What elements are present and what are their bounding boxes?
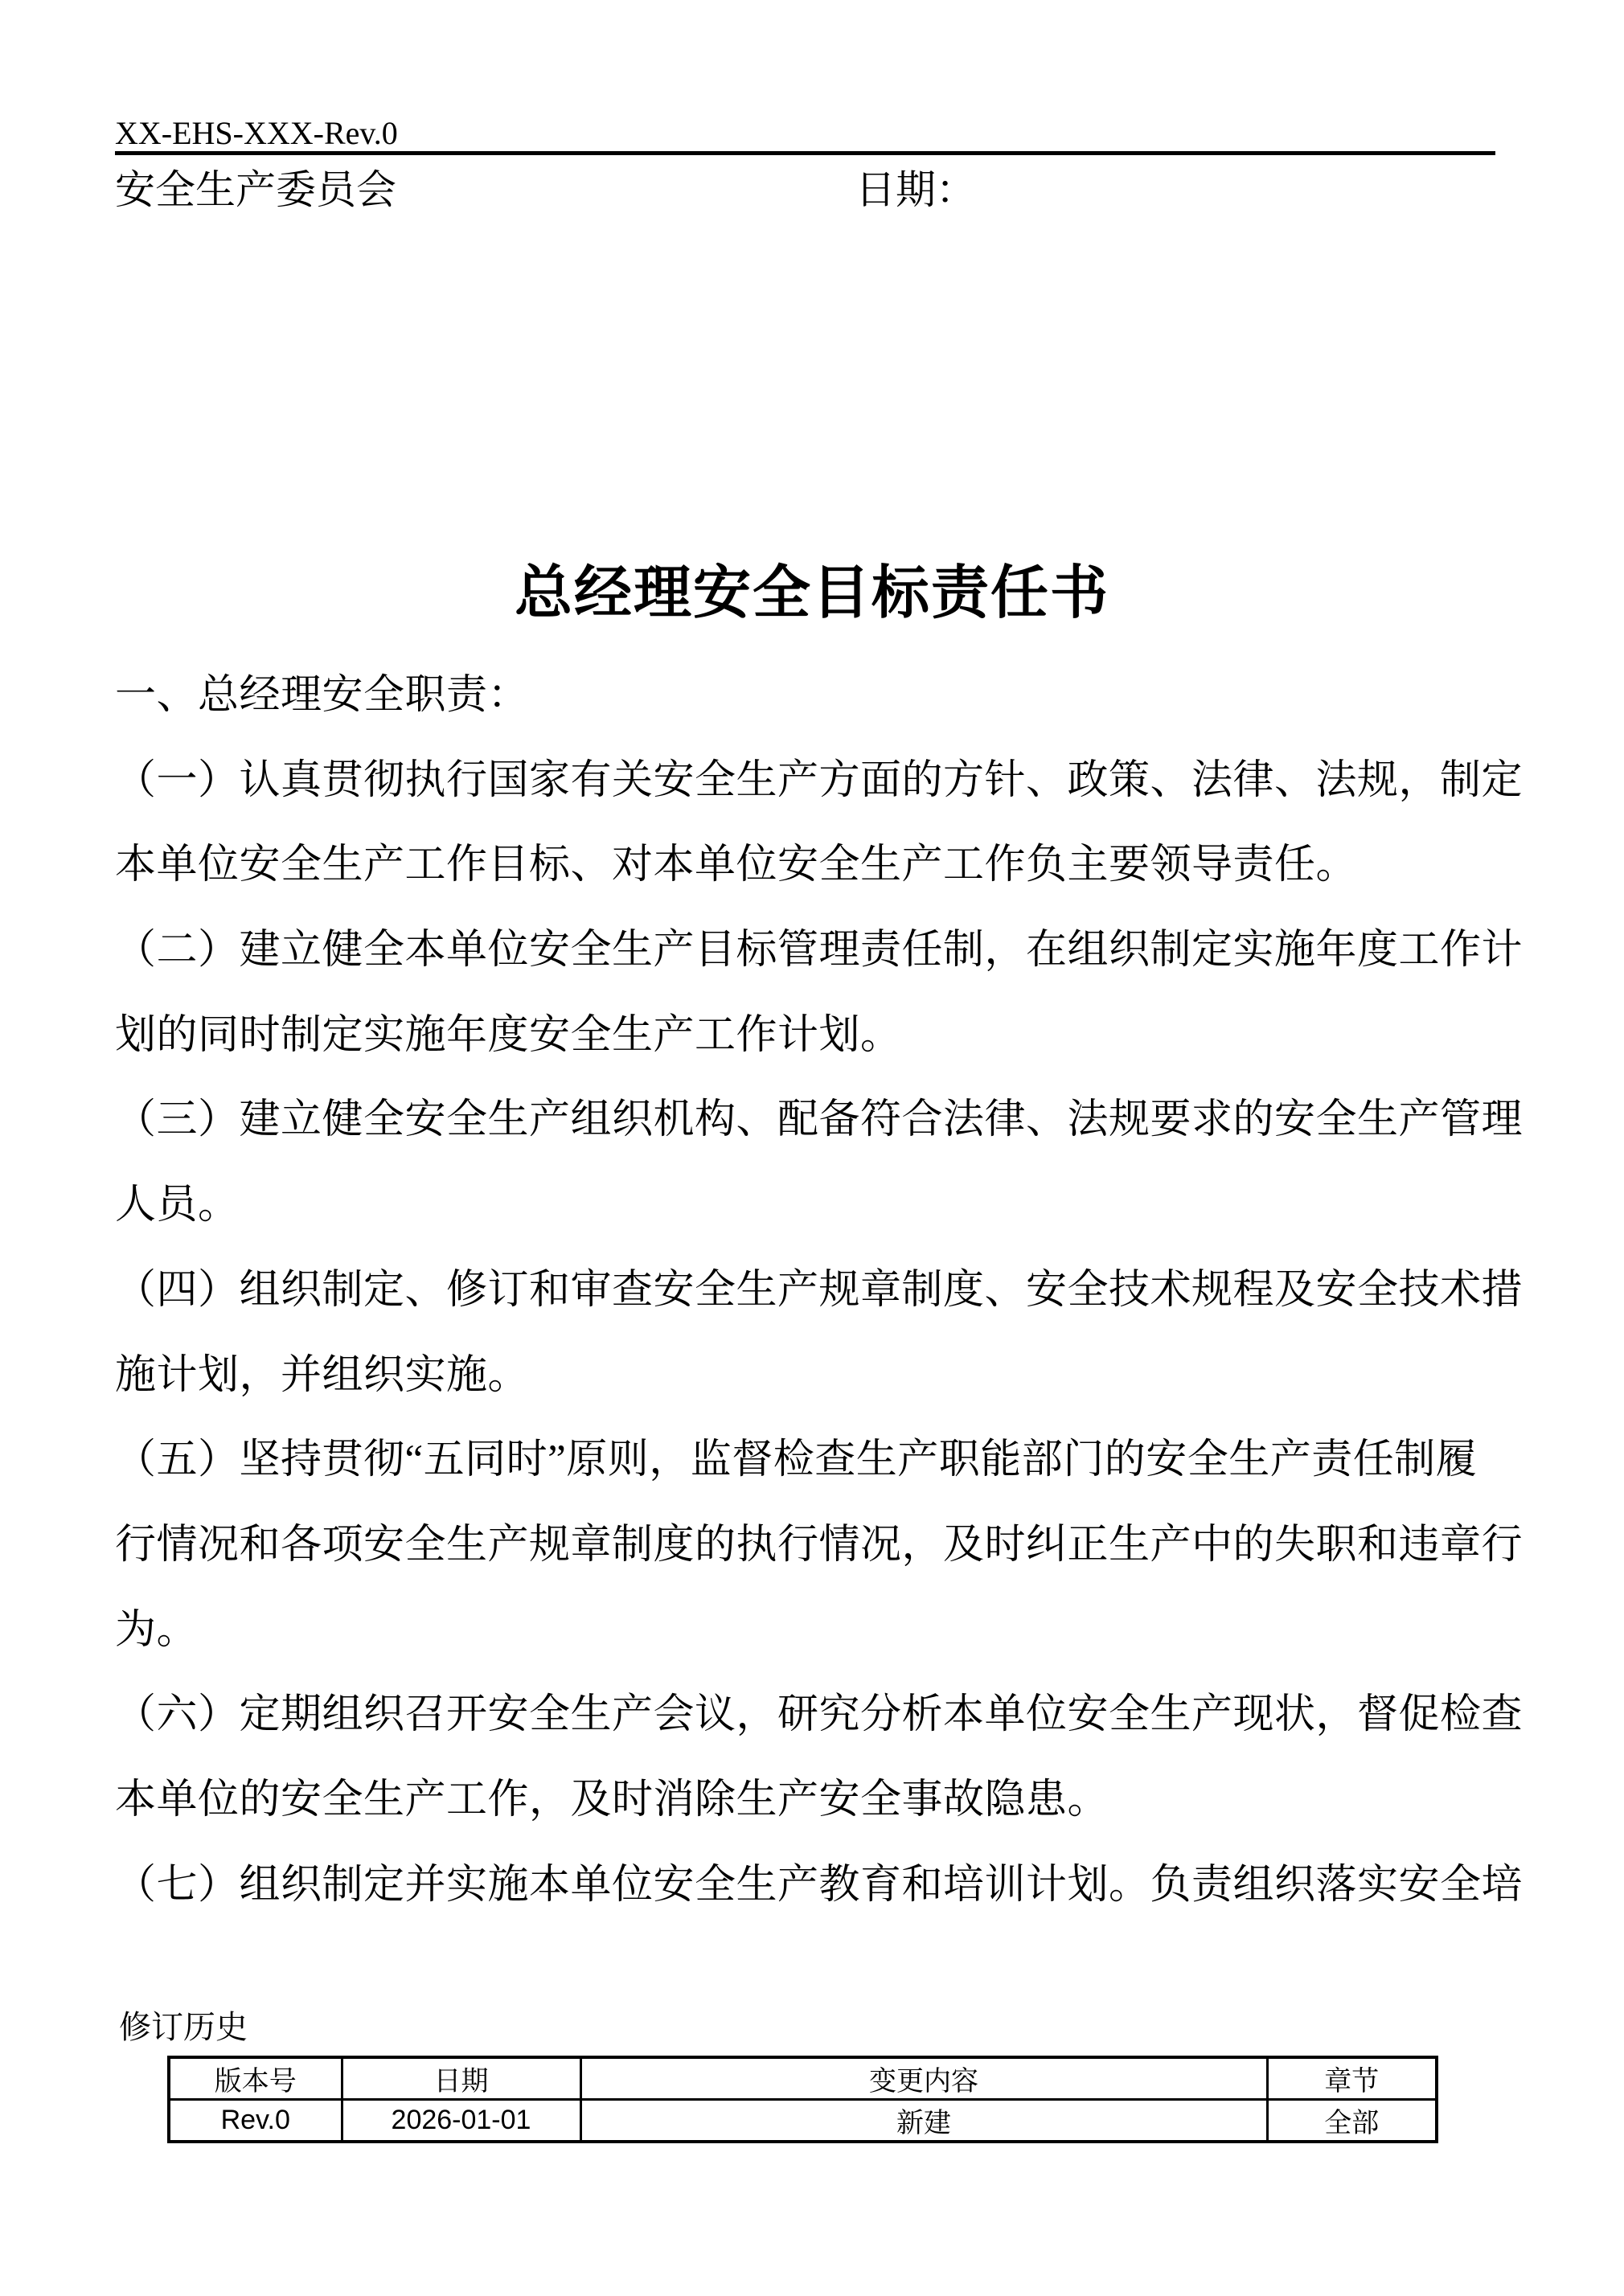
- header-rule: [115, 151, 1495, 155]
- body-line: 一、总经理安全职责：: [115, 654, 1514, 739]
- body-line: （一）认真贯彻执行国家有关安全生产方面的方针、政策、法律、法规，制定: [115, 739, 1514, 824]
- date-label: 日期：: [855, 165, 976, 215]
- revision-cell-section: 全部: [1267, 2100, 1437, 2142]
- revision-cell-change: 新建: [580, 2100, 1267, 2142]
- document-body: 一、总经理安全职责： （一）认真贯彻执行国家有关安全生产方面的方针、政策、法律、…: [115, 654, 1514, 1928]
- revision-cell-version: Rev.0: [169, 2100, 342, 2142]
- revision-header-section: 章节: [1267, 2057, 1437, 2100]
- revision-cell-date: 2026-01-01: [342, 2100, 580, 2142]
- body-line: 施计划，并组织实施。: [115, 1334, 1514, 1419]
- body-line: （六）定期组织召开安全生产会议，研究分析本单位安全生产现状，督促检查: [115, 1673, 1514, 1758]
- body-line: （三）建立健全安全生产组织机构、配备符合法律、法规要求的安全生产管理: [115, 1078, 1514, 1163]
- document-title: 总经理安全目标责任书: [0, 555, 1624, 632]
- body-line: 为。: [115, 1589, 1514, 1674]
- doc-code: XX-EHS-XXX-Rev.0: [115, 115, 398, 152]
- body-line: （七）组织制定并实施本单位安全生产教育和培训计划。负责组织落实安全培: [115, 1843, 1514, 1929]
- document-page: XX-EHS-XXX-Rev.0 安全生产委员会 日期： 总经理安全目标责任书 …: [0, 0, 1624, 2296]
- body-line: （五）坚持贯彻“五同时”原则，监督检查生产职能部门的安全生产责任制履: [115, 1418, 1514, 1503]
- header-row: 安全生产委员会 日期：: [115, 165, 1495, 215]
- revision-header-row: 版本号 日期 变更内容 章节: [169, 2057, 1437, 2100]
- revision-table: 版本号 日期 变更内容 章节 Rev.0 2026-01-01 新建 全部: [167, 2056, 1438, 2143]
- revision-header-date: 日期: [342, 2057, 580, 2100]
- revision-history-label: 修订历史: [119, 2008, 248, 2047]
- revision-row: Rev.0 2026-01-01 新建 全部: [169, 2100, 1437, 2142]
- body-line: （四）组织制定、修订和审查安全生产规章制度、安全技术规程及安全技术措: [115, 1248, 1514, 1334]
- body-line: 划的同时制定实施年度安全生产工作计划。: [115, 994, 1514, 1079]
- revision-header-version: 版本号: [169, 2057, 342, 2100]
- body-line: 行情况和各项安全生产规章制度的执行情况，及时纠正生产中的失职和违章行: [115, 1503, 1514, 1589]
- body-line: 人员。: [115, 1163, 1514, 1248]
- body-line: （二）建立健全本单位安全生产目标管理责任制，在组织制定实施年度工作计: [115, 908, 1514, 994]
- revision-header-change: 变更内容: [580, 2057, 1267, 2100]
- committee-name: 安全生产委员会: [115, 165, 396, 215]
- body-line: 本单位的安全生产工作，及时消除生产安全事故隐患。: [115, 1758, 1514, 1843]
- body-line: 本单位安全生产工作目标、对本单位安全生产工作负主要领导责任。: [115, 823, 1514, 908]
